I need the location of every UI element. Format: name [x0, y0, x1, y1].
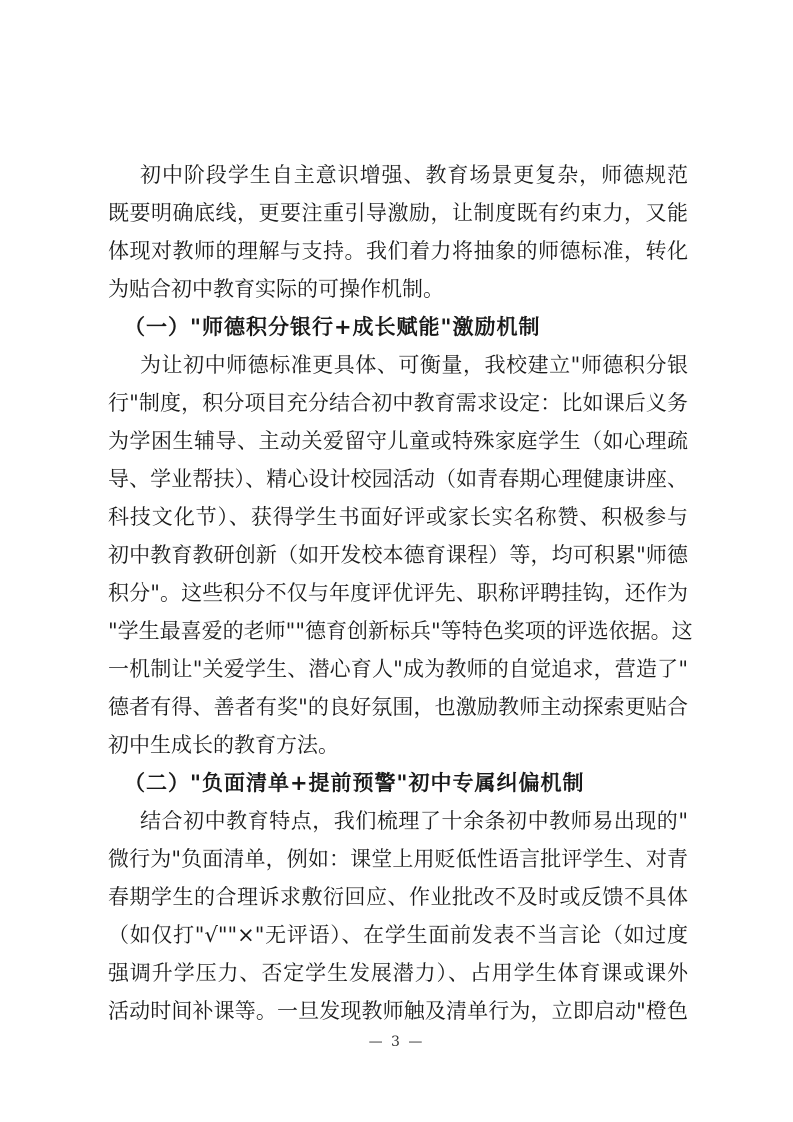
paragraph-3-line-4: （如仅打"√""×"无评语）、在学生面前发表不当言论（如过度	[108, 916, 688, 954]
paragraph-1-line-4: 为贴合初中教育实际的可操作机制。	[108, 270, 688, 308]
page-number: — 3 —	[0, 1034, 793, 1050]
paragraph-2-line-3: 为学困生辅导、主动关爱留守儿童或特殊家庭学生（如心理疏	[108, 422, 688, 460]
paragraph-2-line-7: 积分"。这些积分不仅与年度评优评先、职称评聘挂钩，还作为	[108, 574, 688, 612]
paragraph-2-line-5: 科技文化节）、获得学生书面好评或家长实名称赞、积极参与	[108, 498, 688, 536]
section-heading-1: （一）"师德积分银行+成长赋能"激励机制	[124, 308, 540, 346]
paragraph-3-line-6: 活动时间补课等。一旦发现教师触及清单行为，立即启动"橙色	[108, 992, 688, 1030]
paragraph-2-line-9: 一机制让"关爱学生、潜心育人"成为教师的自觉追求，营造了"	[108, 650, 688, 688]
paragraph-2-line-6: 初中教育教研创新（如开发校本德育课程）等，均可积累"师德	[108, 536, 688, 574]
paragraph-2-line-1: 为让初中师德标准更具体、可衡量，我校建立"师德积分银	[140, 346, 688, 384]
paragraph-3-line-3: 春期学生的合理诉求敷衍回应、作业批改不及时或反馈不具体	[108, 878, 688, 916]
paragraph-2-line-11: 初中生成长的教育方法。	[108, 726, 688, 764]
paragraph-3-line-5: 强调升学压力、否定学生发展潜力）、占用学生体育课或课外	[108, 954, 688, 992]
section-heading-2: （二）"负面清单+提前预警"初中专属纠偏机制	[124, 764, 584, 802]
paragraph-2-line-4: 导、学业帮扶）、精心设计校园活动（如青春期心理健康讲座、	[108, 460, 688, 498]
paragraph-1-line-2: 既要明确底线，更要注重引导激励，让制度既有约束力，又能	[108, 194, 688, 232]
paragraph-2-line-10: 德者有得、善者有奖"的良好氛围，也激励教师主动探索更贴合	[108, 688, 688, 726]
paragraph-2-line-8: "学生最喜爱的老师""德育创新标兵"等特色奖项的评选依据。这	[108, 612, 688, 650]
paragraph-1-line-1: 初中阶段学生自主意识增强、教育场景更复杂，师德规范	[140, 156, 688, 194]
paragraph-3-line-2: 微行为"负面清单，例如：课堂上用贬低性语言批评学生、对青	[108, 840, 688, 878]
document-page: 初中阶段学生自主意识增强、教育场景更复杂，师德规范 既要明确底线，更要注重引导激…	[0, 0, 793, 1122]
paragraph-1-line-3: 体现对教师的理解与支持。我们着力将抽象的师德标准，转化	[108, 232, 688, 270]
paragraph-3-line-1: 结合初中教育特点，我们梳理了十余条初中教师易出现的"	[140, 802, 688, 840]
paragraph-2-line-2: 行"制度，积分项目充分结合初中教育需求设定：比如课后义务	[108, 384, 688, 422]
